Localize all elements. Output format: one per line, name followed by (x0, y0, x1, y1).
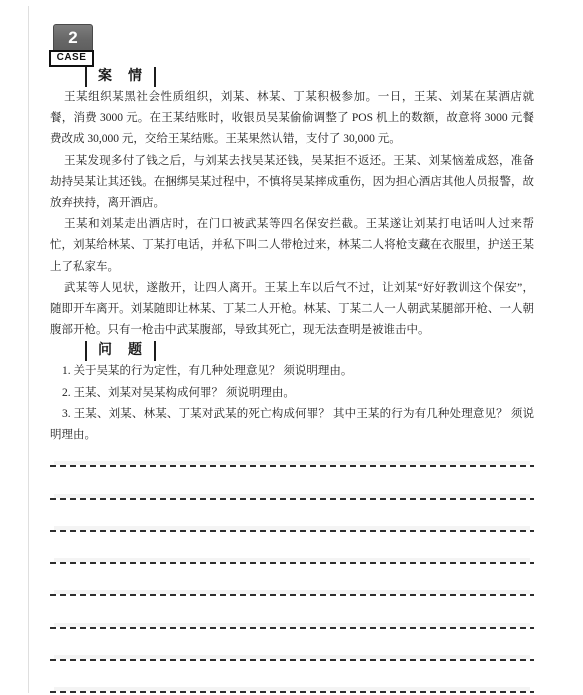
answer-lines (50, 446, 534, 693)
section-heading-case: 案 情 (85, 67, 534, 87)
answer-line (50, 467, 534, 499)
answer-line (50, 661, 534, 693)
page-content: 案 情 王某组织某黑社会性质组织，刘某、林某、丁某积极参加。一日，王某、刘某在某… (50, 0, 534, 693)
case-paragraph-3: 王某和刘某走出酒店时，在门口被武某等四名保安拦截。王某遂让刘某打电话叫人过来帮忙… (50, 214, 534, 278)
answer-line (50, 596, 534, 628)
question-2: 2. 王某、刘某对吴某构成何罪？ 须说明理由。 (50, 383, 534, 404)
answer-line (50, 564, 534, 596)
question-section-title: 问 题 (85, 341, 156, 361)
case-section-title: 案 情 (85, 67, 156, 87)
section-heading-questions: 问 题 (85, 341, 534, 361)
answer-line (50, 629, 534, 661)
case-paragraph-1: 王某组织某黑社会性质组织，刘某、林某、丁某积极参加。一日，王某、刘某在某酒店就餐… (50, 87, 534, 151)
answer-line (50, 446, 534, 467)
answer-line (50, 532, 534, 564)
document-page: 2 CASE 案 情 王某组织某黑社会性质组织，刘某、林某、丁某积极参加。一日，… (0, 0, 583, 695)
case-paragraph-4: 武某等人见状，遂散开，让四人离开。王某上车以后气不过，让刘某“好好教训这个保安”… (50, 278, 534, 342)
page-left-border (28, 6, 29, 693)
question-1: 1. 关于吴某的行为定性，有几种处理意见？ 须说明理由。 (50, 361, 534, 382)
case-paragraph-2: 王某发现多付了钱之后，与刘某去找吴某还钱，吴某拒不返还。王某、刘某恼羞成怒，准备… (50, 151, 534, 215)
answer-line (50, 500, 534, 532)
question-3: 3. 王某、刘某、林某、丁某对武某的死亡构成何罪？ 其中王某的行为有几种处理意见… (50, 404, 534, 446)
